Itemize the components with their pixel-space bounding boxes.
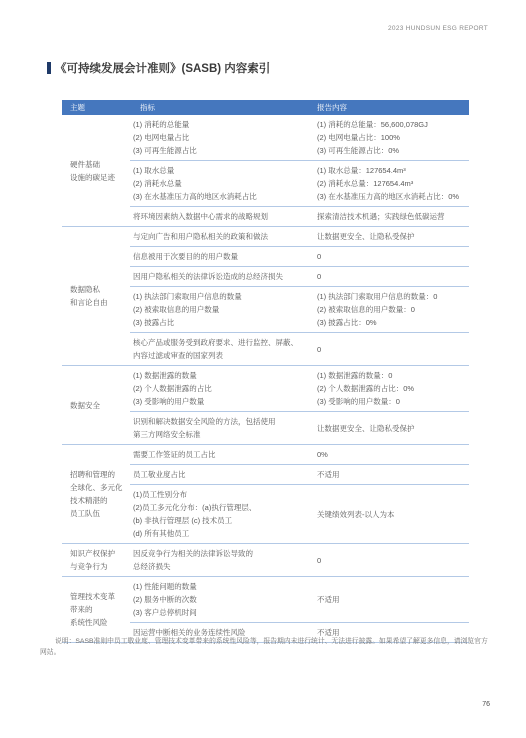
table-row: 将环境因素纳入数据中心需求的战略规划 探索清洁技术机遇；实践绿色低碳运营 bbox=[130, 206, 469, 226]
content-cell: 让数据更安全、让隐私受保护 bbox=[317, 422, 469, 435]
topic-cell: 数据隐私 和言论自由 bbox=[62, 227, 130, 365]
indicator-cell: 与定向广告和用户隐私相关的政策和做法 bbox=[130, 230, 317, 243]
table-row: 核心产品或服务受到政府要求、进行监控、屏蔽、 内容过滤或审查的国家列表 0 bbox=[130, 332, 469, 365]
content-cell: (1) 消耗的总能量：56,600,078GJ (2) 电网电量占比：100% … bbox=[317, 118, 469, 157]
table-row: (1) 数据泄露的数量 (2) 个人数据泄露的占比 (3) 受影响的用户数量 (… bbox=[130, 366, 469, 411]
content-cell: 0 bbox=[317, 554, 469, 567]
table-header-row: 主题 指标 报告内容 bbox=[62, 100, 469, 115]
table-group-ip-competition: 知识产权保护 与竞争行为 因反竞争行为相关的法律诉讼导致的 总经济损失 0 bbox=[62, 543, 469, 576]
table-row: (1) 执法部门索取用户信息的数量 (2) 被索取信息的用户数量 (3) 披露占… bbox=[130, 286, 469, 332]
content-cell: 0 bbox=[317, 250, 469, 263]
indicator-cell: (1) 执法部门索取用户信息的数量 (2) 被索取信息的用户数量 (3) 披露占… bbox=[130, 290, 317, 329]
content-cell: 不适用 bbox=[317, 468, 469, 481]
topic-cell: 数据安全 bbox=[62, 366, 130, 444]
content-cell: 0% bbox=[317, 448, 469, 461]
content-cell: 不适用 bbox=[317, 593, 469, 606]
indicator-cell: 将环境因素纳入数据中心需求的战略规划 bbox=[130, 210, 317, 223]
indicator-cell: (1) 取水总量 (2) 消耗水总量 (3) 在水基准压力高的地区水消耗占比 bbox=[130, 164, 317, 203]
indicator-cell: 核心产品或服务受到政府要求、进行监控、屏蔽、 内容过滤或审查的国家列表 bbox=[130, 336, 317, 362]
table-row: 与定向广告和用户隐私相关的政策和做法 让数据更安全、让隐私受保护 bbox=[130, 227, 469, 246]
table-row: 信息被用于次要目的的用户数量 0 bbox=[130, 246, 469, 266]
topic-cell: 管理技术变革 带来的 系统性风险 bbox=[62, 577, 130, 642]
content-cell: 让数据更安全、让隐私受保护 bbox=[317, 230, 469, 243]
content-cell: (1) 取水总量：127654.4m³ (2) 消耗水总量：127654.4m³… bbox=[317, 164, 469, 203]
column-header-report-content: 报告内容 bbox=[317, 102, 469, 113]
indicator-cell: (1) 数据泄露的数量 (2) 个人数据泄露的占比 (3) 受影响的用户数量 bbox=[130, 369, 317, 408]
topic-cell: 知识产权保护 与竞争行为 bbox=[62, 544, 130, 576]
report-header-text: 2023 HUNDSUN ESG REPORT bbox=[388, 25, 488, 32]
sasb-content-index-table: 主题 指标 报告内容 硬件基础 设施的碳足迹 (1) 消耗的总能量 (2) 电网… bbox=[62, 100, 469, 643]
table-row: (1) 性能问题的数量 (2) 服务中断的次数 (3) 客户总停机时间 不适用 bbox=[130, 577, 469, 622]
table-group-data-privacy: 数据隐私 和言论自由 与定向广告和用户隐私相关的政策和做法 让数据更安全、让隐私… bbox=[62, 226, 469, 365]
table-group-systemic-risk: 管理技术变革 带来的 系统性风险 (1) 性能问题的数量 (2) 服务中断的次数… bbox=[62, 576, 469, 642]
content-cell: 探索清洁技术机遇；实践绿色低碳运营 bbox=[317, 210, 469, 223]
topic-cell: 硬件基础 设施的碳足迹 bbox=[62, 115, 130, 226]
topic-cell: 招聘和管理的 全球化、多元化 技术精湛的 员工队伍 bbox=[62, 445, 130, 543]
title-marker-bar bbox=[47, 62, 51, 74]
table-group-data-security: 数据安全 (1) 数据泄露的数量 (2) 个人数据泄露的占比 (3) 受影响的用… bbox=[62, 365, 469, 444]
page-title: 《可持续发展会计准则》(SASB) 内容索引 bbox=[55, 60, 270, 76]
table-row: 员工敬业度占比 不适用 bbox=[130, 464, 469, 484]
indicator-cell: 需要工作签证的员工占比 bbox=[130, 448, 317, 461]
table-group-workforce: 招聘和管理的 全球化、多元化 技术精湛的 员工队伍 需要工作签证的员工占比 0%… bbox=[62, 444, 469, 543]
table-row: (1) 消耗的总能量 (2) 电网电量占比 (3) 可再生能源占比 (1) 消耗… bbox=[130, 115, 469, 160]
column-header-topic: 主题 bbox=[62, 102, 130, 113]
indicator-cell: 信息被用于次要目的的用户数量 bbox=[130, 250, 317, 263]
content-cell: (1) 执法部门索取用户信息的数量：0 (2) 被索取信息的用户数量：0 (3)… bbox=[317, 290, 469, 329]
page-number: 76 bbox=[482, 701, 490, 708]
footnote-text: 说明：SASB准则中员工敬业度、管理技术变革带来的系统性风险等，报告期内未进行统… bbox=[40, 636, 490, 658]
indicator-cell: 因反竞争行为相关的法律诉讼导致的 总经济损失 bbox=[130, 547, 317, 573]
indicator-cell: (1) 消耗的总能量 (2) 电网电量占比 (3) 可再生能源占比 bbox=[130, 118, 317, 157]
content-cell: 关键绩效列表-以人为本 bbox=[317, 508, 469, 521]
table-row: 因用户隐私相关的法律诉讼造成的总经济损失 0 bbox=[130, 266, 469, 286]
table-group-hardware-footprint: 硬件基础 设施的碳足迹 (1) 消耗的总能量 (2) 电网电量占比 (3) 可再… bbox=[62, 115, 469, 226]
table-row: 需要工作签证的员工占比 0% bbox=[130, 445, 469, 464]
indicator-cell: 员工敬业度占比 bbox=[130, 468, 317, 481]
content-cell: (1) 数据泄露的数量：0 (2) 个人数据泄露的占比：0% (3) 受影响的用… bbox=[317, 369, 469, 408]
table-row: 因反竞争行为相关的法律诉讼导致的 总经济损失 0 bbox=[130, 544, 469, 576]
table-row: (1)员工性别分布 (2)员工多元化分布：(a)执行管理层、 (b) 非执行管理… bbox=[130, 484, 469, 543]
section-title-row: 《可持续发展会计准则》(SASB) 内容索引 bbox=[47, 60, 270, 76]
table-row: (1) 取水总量 (2) 消耗水总量 (3) 在水基准压力高的地区水消耗占比 (… bbox=[130, 160, 469, 206]
table-row: 识别和解决数据安全风险的方法，包括使用 第三方网络安全标准 让数据更安全、让隐私… bbox=[130, 411, 469, 444]
indicator-cell: (1)员工性别分布 (2)员工多元化分布：(a)执行管理层、 (b) 非执行管理… bbox=[130, 488, 317, 540]
content-cell: 0 bbox=[317, 343, 469, 356]
indicator-cell: (1) 性能问题的数量 (2) 服务中断的次数 (3) 客户总停机时间 bbox=[130, 580, 317, 619]
indicator-cell: 识别和解决数据安全风险的方法，包括使用 第三方网络安全标准 bbox=[130, 415, 317, 441]
column-header-indicator: 指标 bbox=[130, 102, 317, 113]
indicator-cell: 因用户隐私相关的法律诉讼造成的总经济损失 bbox=[130, 270, 317, 283]
content-cell: 0 bbox=[317, 270, 469, 283]
